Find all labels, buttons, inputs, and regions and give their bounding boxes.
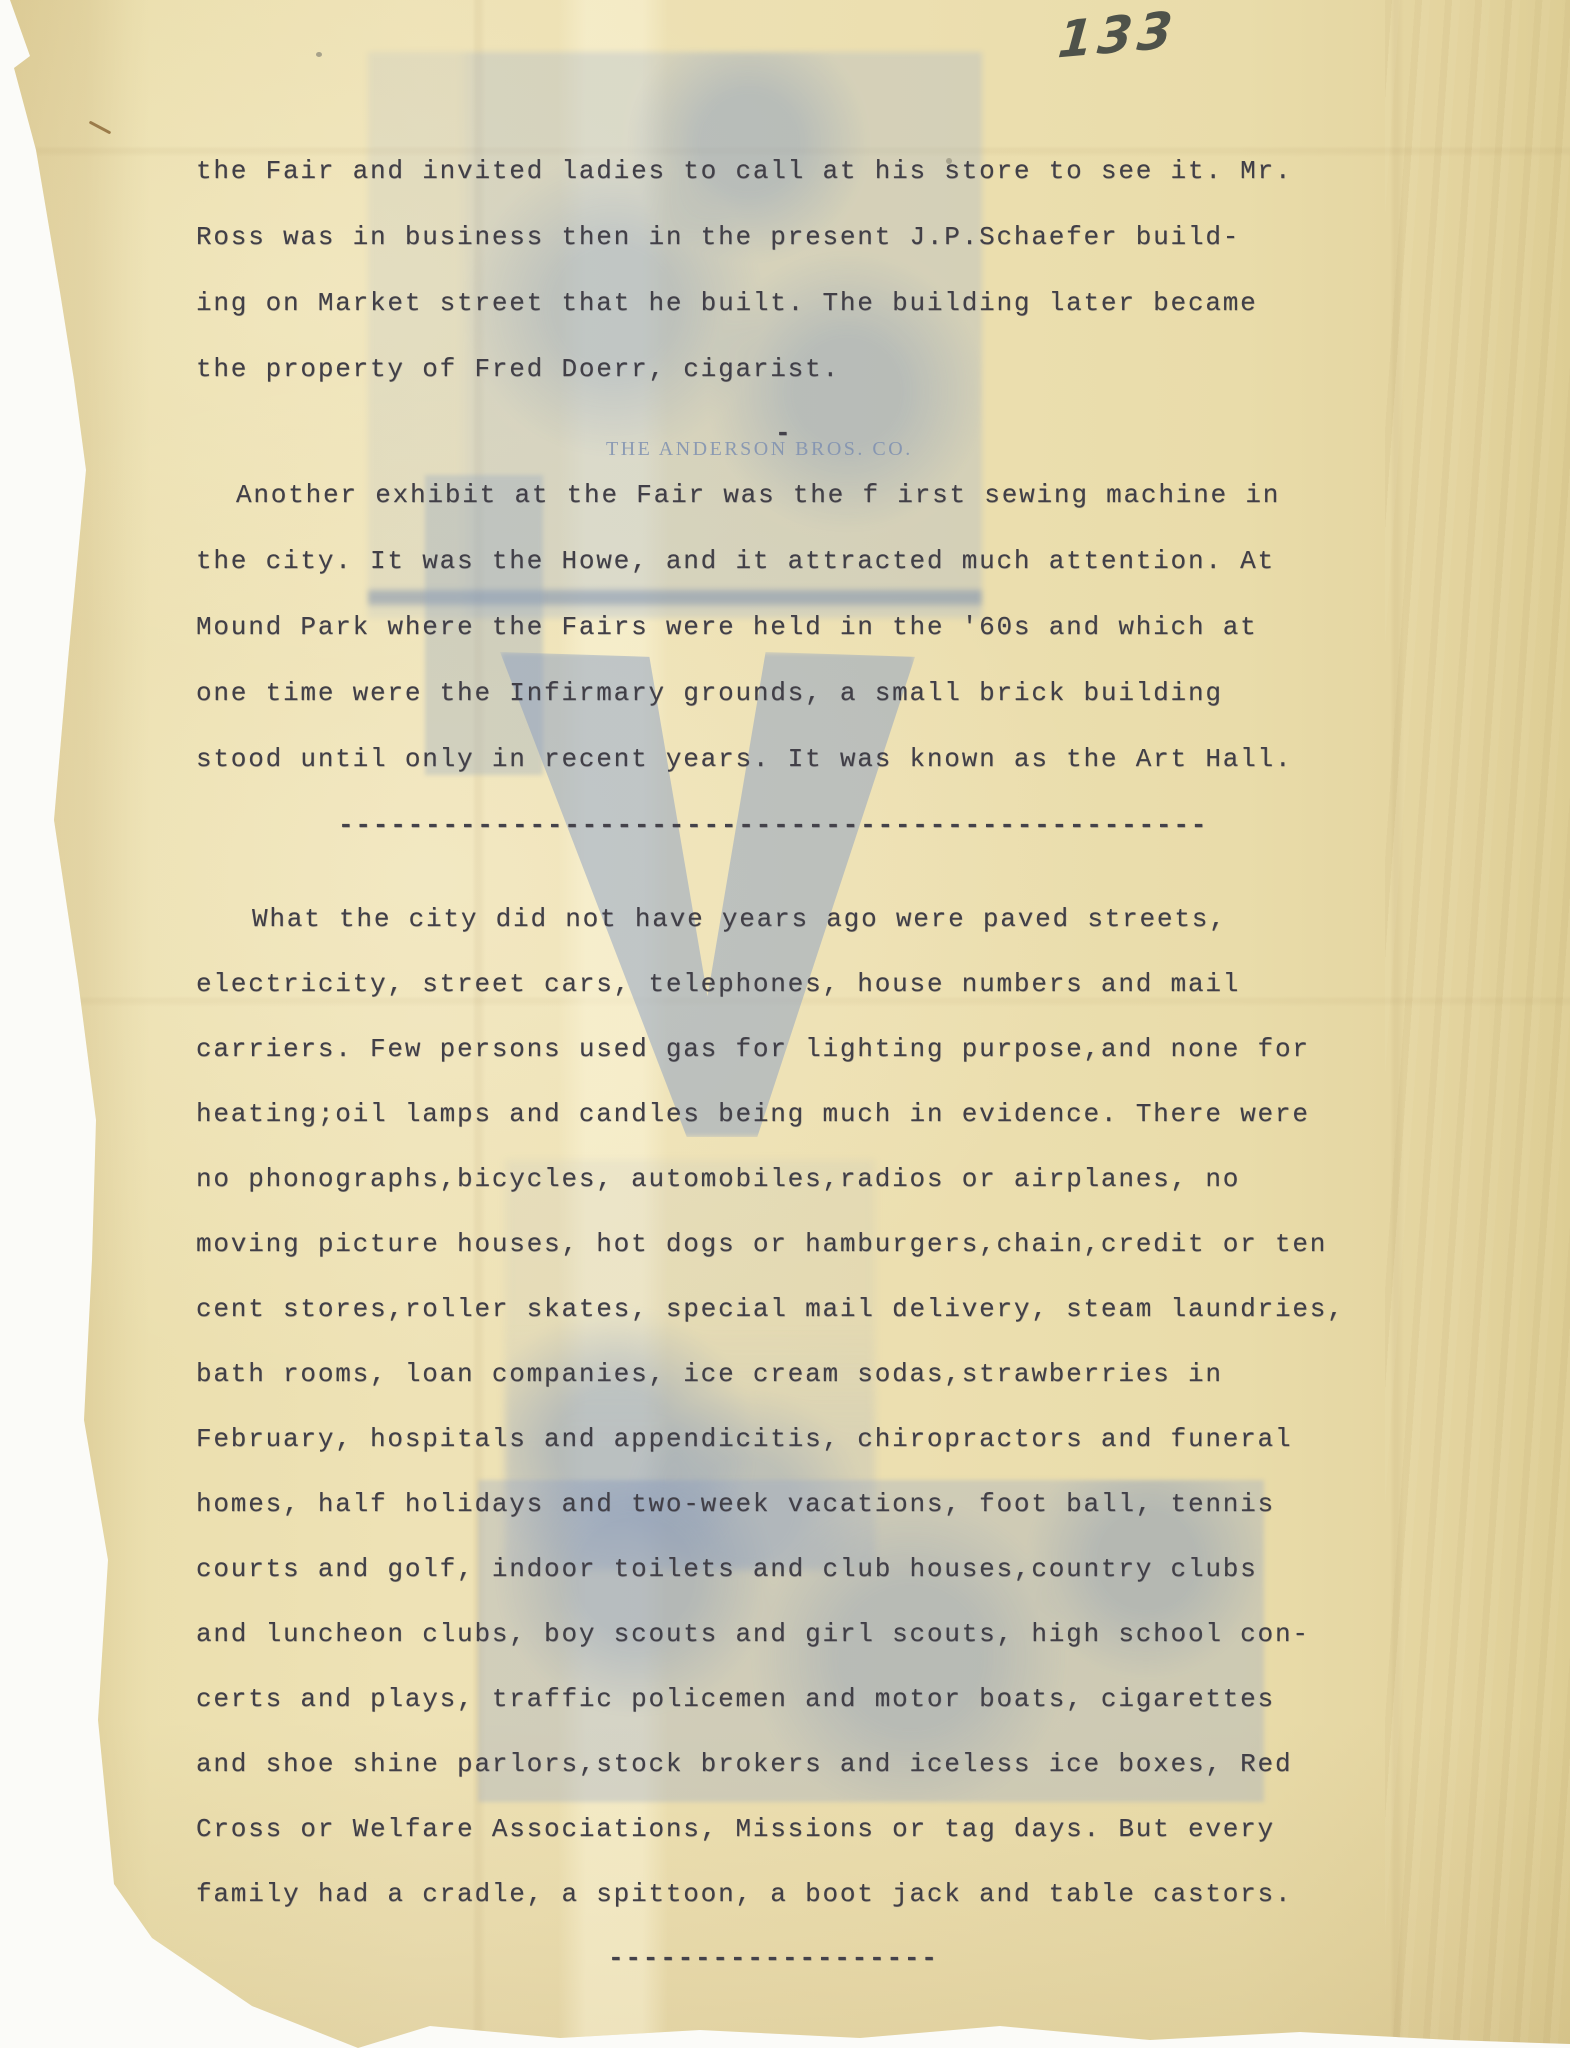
paragraph-sewing-machine: Another exhibit at the Fair was the f ir… bbox=[196, 462, 1456, 792]
dashed-separator-long: ----------------------------------------… bbox=[338, 792, 1208, 858]
bleedthrough-caption: THE ANDERSON BROS. CO. bbox=[606, 438, 913, 461]
paper-speck bbox=[316, 52, 322, 57]
paragraph-fair-store: the Fair and invited ladies to call at h… bbox=[196, 138, 1456, 402]
scanned-document: THE ANDERSON BROS. CO. 133 the Fair and … bbox=[0, 0, 1570, 2048]
page-number: 133 bbox=[1056, 0, 1180, 69]
paragraph-city-did-not-have: What the city did not have years ago wer… bbox=[196, 887, 1456, 1927]
typed-hyphen-separator: - bbox=[775, 400, 792, 466]
paper-sheet: THE ANDERSON BROS. CO. 133 the Fair and … bbox=[0, 0, 1570, 2048]
dashed-separator-short: ------------------- bbox=[608, 1925, 939, 1991]
paper-fiber-speck bbox=[89, 121, 112, 135]
